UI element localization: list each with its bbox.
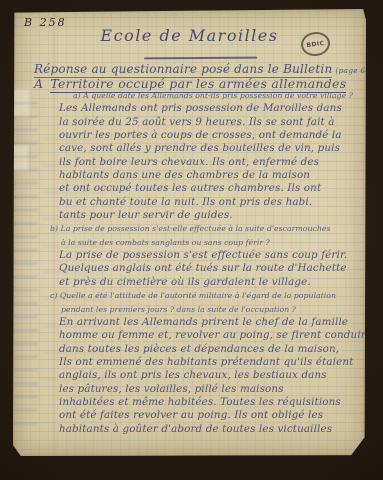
text-line: La prise de possession s'est effectuée s…	[59, 249, 366, 262]
document-page: B 258 BDIC Ecole de Maroilles Réponse au…	[13, 9, 366, 456]
text-line: cave, sont allés y prendre des bouteille…	[59, 142, 366, 155]
text-line: anglais, ils ont pris les chevaux, les b…	[59, 369, 366, 382]
text-line: et près du cimetière où ils gardaient le…	[59, 276, 366, 289]
text-line: Ils ont emmené des habitants prétendant …	[59, 356, 366, 369]
page-title: Ecole de Maroilles	[13, 26, 366, 45]
text-line: à la suite des combats sanglants ou sans…	[61, 236, 366, 249]
text-line: dans toutes les pièces et dépendances de…	[59, 343, 366, 356]
text-line: tants pour leur servir de guides.	[59, 209, 366, 222]
text-line: Les Allemands ont pris possession de Mar…	[59, 102, 366, 115]
document-heading: Réponse au questionnaire posé dans le Bu…	[34, 62, 373, 76]
text-line: ouvrir les portes à coups de crosses, on…	[59, 129, 366, 142]
text-line: c) Quelle a été l'attitude de l'autorité…	[50, 289, 366, 302]
text-line: inhabitées et même habitées. Toutes les …	[59, 396, 366, 409]
text-line: habitants dans une des chambres de la ma…	[59, 169, 366, 182]
text-line: En arrivant les Allemands prirent le che…	[59, 316, 366, 329]
text-line: ont été faites revolver au poing. Ils on…	[59, 409, 366, 422]
text-line: homme ou femme et, revolver au poing, se…	[59, 329, 366, 342]
text-line: Quelques anglais ont été tués sur la rou…	[59, 262, 366, 275]
text-line: b) La prise de possession s'est-elle eff…	[50, 222, 366, 235]
text-line: bu et chanté toute la nuit. Ils ont pris…	[59, 196, 366, 209]
title-underline-rule	[144, 57, 257, 60]
text-line: les pâtures, les volailles, pillé les ma…	[59, 383, 366, 396]
text-line: et ont occupé toutes les autres chambres…	[59, 182, 366, 195]
text-line: habitants à goûter d'abord de toutes les…	[59, 423, 366, 436]
handwritten-text-body: a) À quelle date les Allemands ont-ils p…	[13, 89, 366, 436]
text-line: pendant les premiers jours ? dans la sui…	[61, 303, 366, 316]
text-line: a) À quelle date les Allemands ont-ils p…	[73, 89, 366, 102]
text-line: la soirée du 25 août vers 9 heures. Ils …	[59, 116, 366, 129]
text-line: ils font boire leurs chevaux. Ils ont, e…	[59, 156, 366, 169]
